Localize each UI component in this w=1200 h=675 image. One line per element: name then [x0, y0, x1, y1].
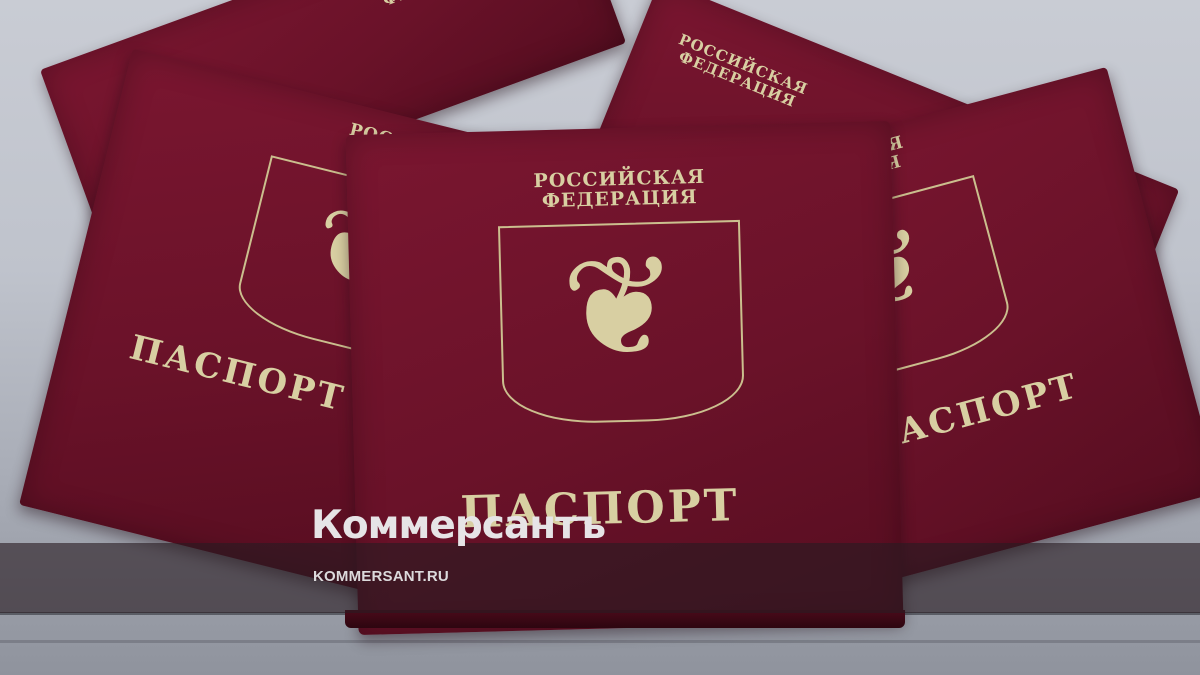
passport-title: ПАСПОРТ	[126, 328, 350, 420]
kommersant-site-url: KOMMERSANT.RU	[313, 568, 449, 585]
watermark-banner	[0, 543, 1200, 613]
kommersant-logo: Коммерсантъ	[311, 503, 605, 548]
eagle-emblem-icon: ❦	[523, 236, 717, 381]
country-name: РОССИЙСКАЯ ФЕДЕРАЦИЯ	[347, 163, 893, 217]
country-name: РОССИЙСКАЯ ФЕДЕРАЦИЯ	[370, 0, 510, 12]
country-name: РОССИЙСКАЯ ФЕДЕРАЦИЯ	[670, 32, 809, 113]
table-plank-gap	[0, 640, 1200, 643]
